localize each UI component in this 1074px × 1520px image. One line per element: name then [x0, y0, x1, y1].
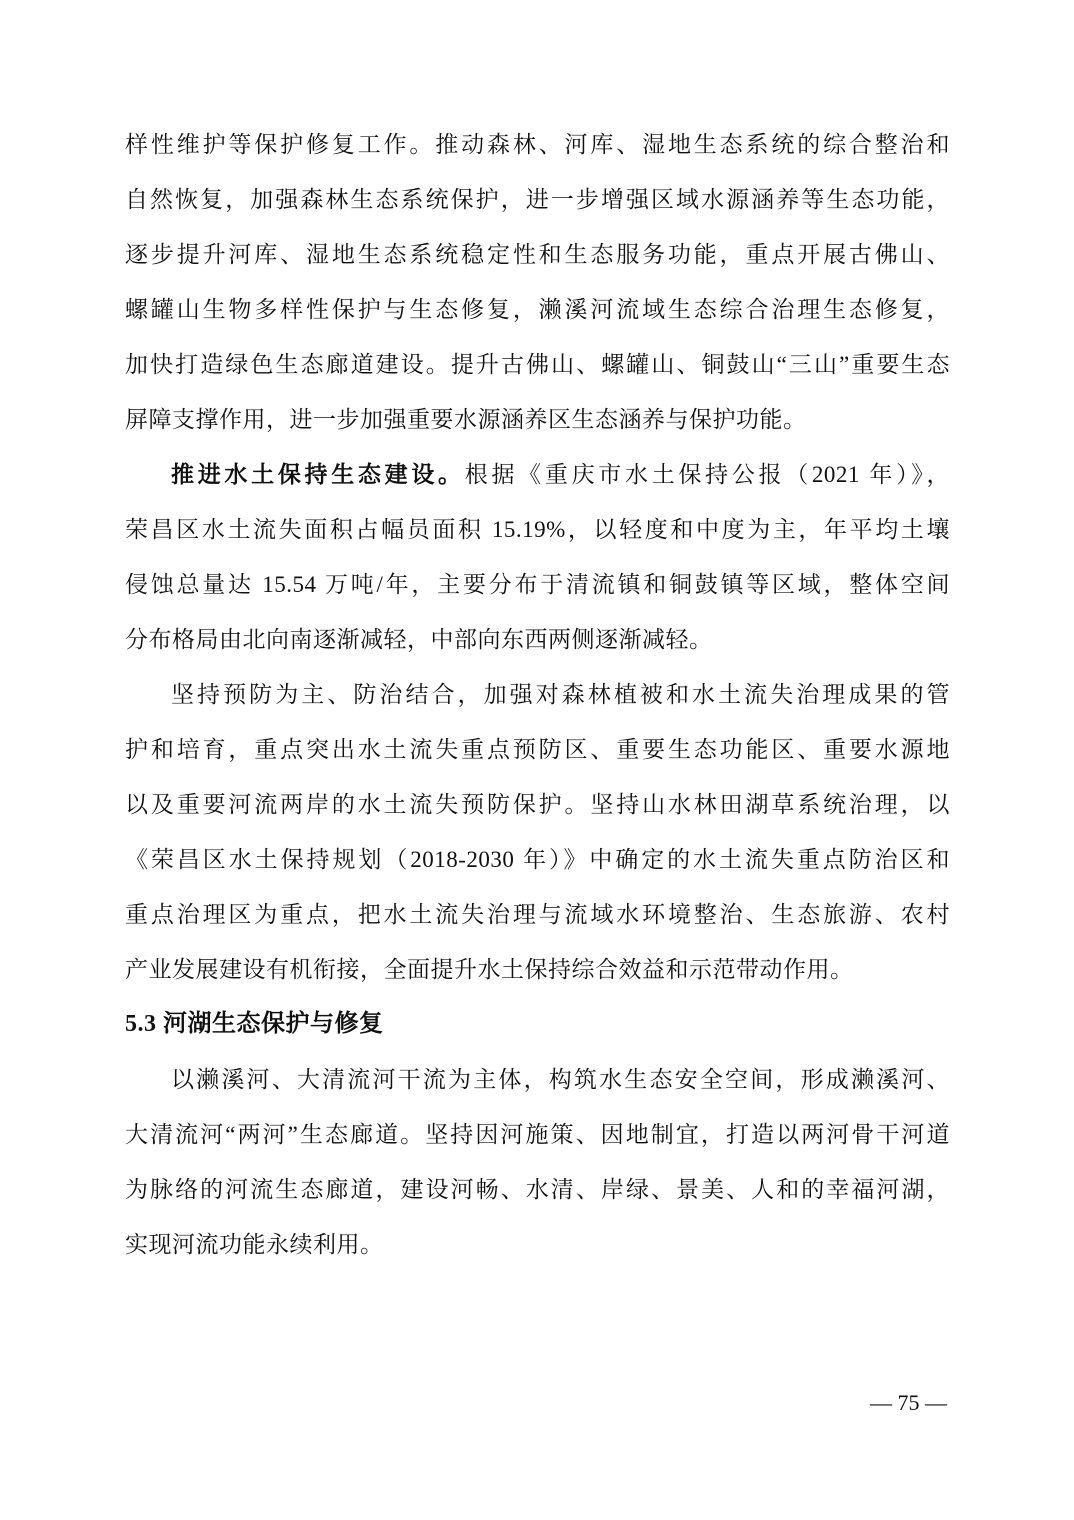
paragraph3-line: 坚持预防为主、防治结合，加强对森林植被和水土流失治理成果的管: [125, 667, 950, 722]
paragraph1-line: 加快打造绿色生态廊道建设。提升古佛山、螺罐山、铜鼓山“三山”重要生态: [125, 337, 950, 392]
paragraph4-line: 为脉络的河流生态廊道，建设河畅、水清、岸绿、景美、人和的幸福河湖，: [125, 1162, 950, 1217]
paragraph3-line: 产业发展建设有机衔接，全面提升水土保持综合效益和示范带动作用。: [125, 942, 950, 997]
paragraph1-line: 逐步提升河库、湿地生态系统稳定性和生态服务功能，重点开展古佛山、: [125, 227, 950, 282]
paragraph4-line: 大清流河“两河”生态廊道。坚持因河施策、因地制宜，打造以两河骨干河道: [125, 1107, 950, 1162]
paragraph3-line: 《荣昌区水土保持规划（2018-2030 年）》中确定的水土流失重点防治区和: [125, 832, 950, 887]
paragraph1-line: 自然恢复，加强森林生态系统保护，进一步增强区域水源涵养等生态功能，: [125, 172, 950, 227]
paragraph1-line: 样性维护等保护修复工作。推动森林、河库、湿地生态系统的综合整治和: [125, 117, 950, 172]
page-number: — 75 —: [870, 1388, 947, 1418]
paragraph2-line: 荣昌区水土流失面积占幅员面积 15.19%，以轻度和中度为主，年平均土壤: [125, 502, 950, 557]
paragraph4-line: 以濑溪河、大清流河干流为主体，构筑水生态安全空间，形成濑溪河、: [125, 1052, 950, 1107]
paragraph4-line: 实现河流功能永续利用。: [125, 1217, 950, 1272]
document-body: 样性维护等保护修复工作。推动森林、河库、湿地生态系统的综合整治和 自然恢复，加强…: [125, 117, 950, 1272]
paragraph2-line: 分布格局由北向南逐渐减轻，中部向东西两侧逐渐减轻。: [125, 612, 950, 667]
paragraph3-line: 重点治理区为重点，把水土流失治理与流域水环境整治、生态旅游、农村: [125, 887, 950, 942]
paragraph3-line: 以及重要河流两岸的水土流失预防保护。坚持山水林田湖草系统治理，以: [125, 777, 950, 832]
paragraph1-line: 螺罐山生物多样性保护与生态修复，濑溪河流域生态综合治理生态修复，: [125, 282, 950, 337]
paragraph2-bold-lead: 推进水土保持生态建设。: [171, 462, 465, 487]
document-page: 样性维护等保护修复工作。推动森林、河库、湿地生态系统的综合整治和 自然恢复，加强…: [0, 0, 1074, 1520]
paragraph2-line: 侵蚀总量达 15.54 万吨/年，主要分布于清流镇和铜鼓镇等区域，整体空间: [125, 557, 950, 612]
paragraph2-lead-rest: 根据《重庆市水土保持公报（2021 年）》，: [465, 462, 950, 487]
section-heading-5-3: 5.3 河湖生态保护与修复: [125, 997, 950, 1052]
paragraph2-line: 推进水土保持生态建设。根据《重庆市水土保持公报（2021 年）》，: [125, 447, 950, 502]
paragraph1-line: 屏障支撑作用，进一步加强重要水源涵养区生态涵养与保护功能。: [125, 392, 950, 447]
paragraph3-line: 护和培育，重点突出水土流失重点预防区、重要生态功能区、重要水源地: [125, 722, 950, 777]
